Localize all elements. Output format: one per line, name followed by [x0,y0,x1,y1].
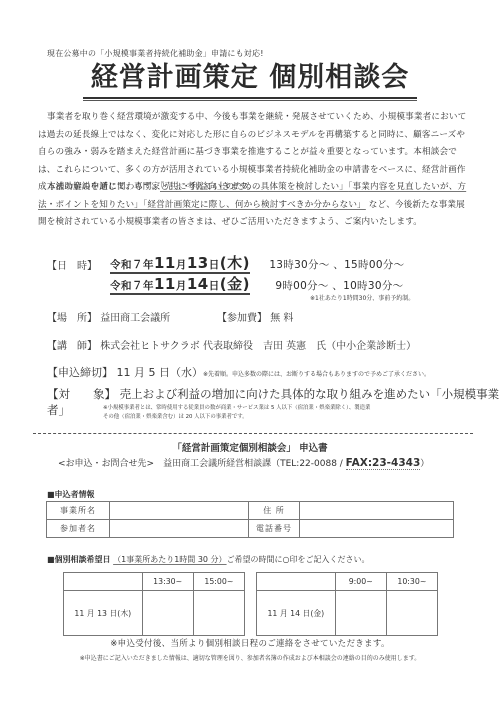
slot-1330-cell[interactable] [142,591,193,636]
page-title: 経営計画策定 個別相談会 [84,61,416,95]
participant-label: 参加者名 [47,520,110,538]
quote-1: 「売上・利益向上のための具体策を検討したい」 [160,182,348,192]
applicant-heading: ■申込者情報 [47,489,95,500]
times-1: 13時30分～ 、15時00分～ [269,259,404,271]
schedule-heading-row: ■個別相談希望日 （1事業所あたり1時間 30 分）ご希望の時間に○印をご記入く… [47,554,370,565]
venue-row: 【場 所】 益田商工会議所 [47,309,170,324]
deadline-row: 【申込締切】 11 月 5 日（水）※先着順。申込多数の際には、お断りする場合も… [47,364,430,380]
venue-value: 益田商工会議所 [100,313,170,324]
privacy-note: ※申込書にご記入いただきました情報は、適切な管理を図り、参加者名簿の作成および本… [0,653,500,662]
slot-header: 15:00~ [193,573,244,591]
lecturer-value: 株式会社ヒトサクラボ 代表取締役 吉田 英憲 氏（中小企業診断士） [100,341,416,352]
schedule-table-day2: 9:00~ 10:30~ 11 月 14 日(金) [256,572,438,636]
intro-p2-prefix: 本補助金の申請に関わらず、 [47,182,160,192]
participant-field[interactable] [110,520,249,538]
datetime-note: ※1社あたり1時間30分、事前予約制。 [310,293,414,302]
fee-value: 無 料 [270,313,293,324]
fee-row: 【参加費】 無 料 [217,309,293,324]
slot-1500-cell[interactable] [193,591,244,636]
cut-line [33,433,473,434]
target-note: ※小規模事業者とは、常時使用する従業員の数が商業・サービス業は 5 人以下（宿泊… [103,404,373,422]
title-underline [83,97,417,99]
fax-number: FAX:23-4343 [346,457,421,470]
business-name-label: 事業所名 [47,502,110,520]
date-2: 令和７年11月14日(金) [110,280,250,295]
date-row-1: 令和７年11月13日(木) 13時30分～ 、15時00分～ [110,252,404,273]
schedule-table-day1: 13:30~ 15:00~ 11 月 13 日(木) [63,572,245,636]
title-underline-thin [83,100,417,101]
slot-header: 10:30~ [386,573,437,591]
business-name-field[interactable] [110,502,249,520]
address-field[interactable] [300,502,454,520]
slot-header: 13:30~ [142,573,193,591]
intro-paragraph-2: 本補助金の申請に関わらず、「売上・利益向上のための具体策を検討したい」「事業内容… [38,179,468,232]
lecturer-row: 【講 師】 株式会社ヒトサクラボ 代表取締役 吉田 英憲 氏（中小企業診断士） [47,337,416,352]
day1-label: 11 月 13 日(木) [64,591,143,636]
quote-3: 「経営計画策定に際し、何から検討すべきか分からない」 [143,200,366,210]
phone-field[interactable] [300,520,454,538]
contact-line: <お申込・お問合せ先> 益田商工会議所経営相談課（TEL:22-0088 / F… [58,456,429,469]
address-label: 住 所 [249,502,300,520]
day2-label: 11 月 14 日(金) [257,591,336,636]
slot-header: 9:00~ [335,573,386,591]
times-2: 9時00分～ 、10時30分～ [275,280,403,292]
deadline-value: 11 月 5 日（水） [117,366,204,379]
schedule-note: ※申込受付後、当所より個別相談日程のご連絡をさせていただきます。 [0,637,500,649]
phone-label: 電話番号 [249,520,300,538]
date-1: 令和７年11月13日(木) [110,259,250,274]
deadline-note: ※先着順。申込多数の際には、お断りする場合もありますので予めご了承ください。 [203,371,430,378]
lead-text: 現在公募中の「小規模事業者持続化補助金」申請にも対応! [47,48,264,59]
date-row-2: 令和７年11月14日(金) 9時00分～ 、10時30分～ [110,273,403,294]
slot-0900-cell[interactable] [335,591,386,636]
applicant-table: 事業所名 住 所 参加者名 電話番号 [46,501,454,538]
datetime-label: 【日 時】 [47,257,97,272]
form-title: 「経営計画策定個別相談会」 申込書 [0,440,500,454]
slot-1030-cell[interactable] [386,591,437,636]
